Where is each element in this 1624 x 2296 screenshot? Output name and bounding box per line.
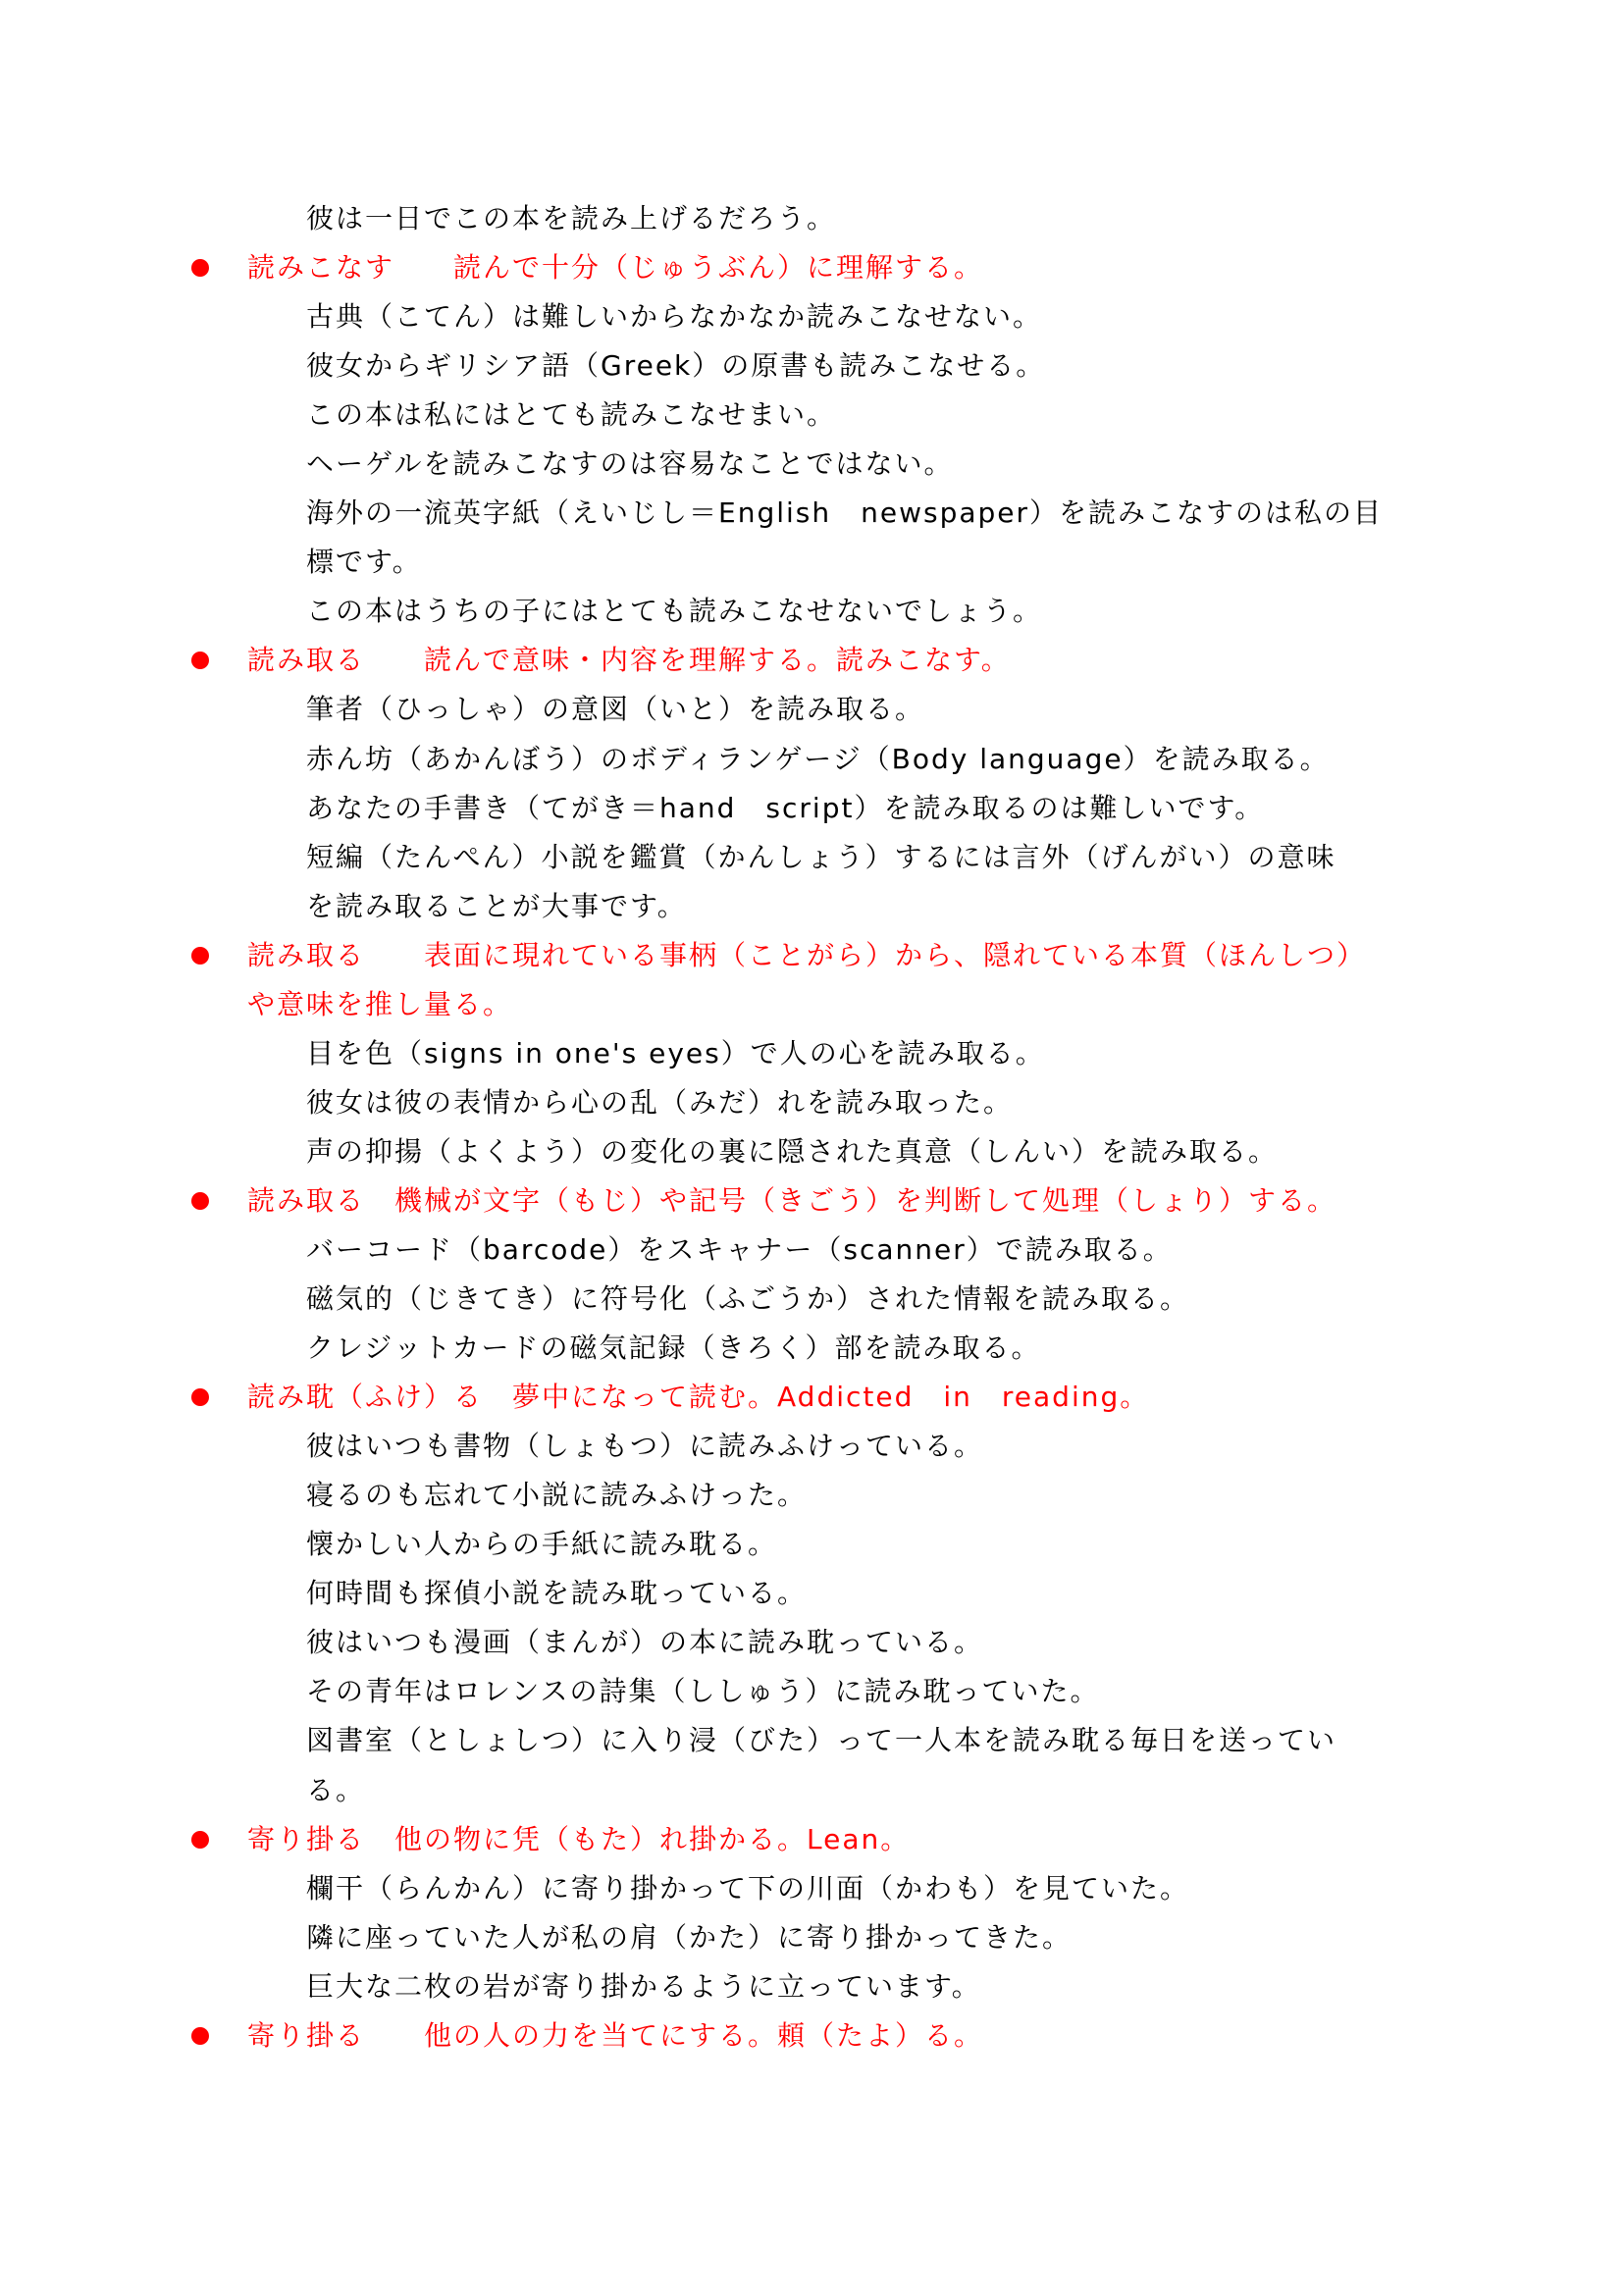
example-sentence: 磁気的（じきてき）に符号化（ふごうか）された情報を読み取る。 (0, 1275, 1624, 1324)
example-sentence: この本は私にはとても読みこなせまい。 (0, 391, 1624, 440)
entry-heading-text: 寄り掛る 他の人の力を当てにする。頼（たよ）る。 (247, 2019, 983, 2052)
example-sentence: この本はうちの子にはとても読みこなせないでしょう。 (0, 587, 1624, 636)
example-sentence: 短編（たんぺん）小説を鑑賞（かんしょう）するには言外（げんがい）の意味 (0, 833, 1624, 882)
example-sentence: 彼はいつも書物（しょもつ）に読みふけっている。 (0, 1422, 1624, 1471)
example-sentence: ヘーゲルを読みこなすのは容易なことではない。 (0, 440, 1624, 489)
example-sentence: その青年はロレンスの詩集（ししゅう）に読み耽っていた。 (0, 1667, 1624, 1716)
example-sentence: 筆者（ひっしゃ）の意図（いと）を読み取る。 (0, 685, 1624, 734)
example-sentence: 何時間も探偵小説を読み耽っている。 (0, 1569, 1624, 1618)
example-sentence: 彼は一日でこの本を読み上げるだろう。 (0, 194, 1624, 243)
bullet-icon (191, 1831, 209, 1849)
example-sentence: 懐かしい人からの手紙に読み耽る。 (0, 1520, 1624, 1569)
example-sentence: 欄干（らんかん）に寄り掛かって下の川面（かわも）を見ていた。 (0, 1864, 1624, 1913)
example-sentence-continuation: 標です。 (0, 538, 1624, 587)
entry-heading: 読みこなす 読んで十分（じゅうぶん）に理解する。 (0, 243, 1624, 292)
bullet-icon (191, 259, 209, 277)
bullet-icon (191, 652, 209, 669)
bullet-icon (191, 1192, 209, 1210)
example-sentence: あなたの手書き（てがき＝hand script）を読み取るのは難しいです。 (0, 784, 1624, 833)
entry-heading: 読み取る 機械が文字（もじ）や記号（きごう）を判断して処理（しょり）する。 (0, 1176, 1624, 1226)
entry-heading-text: 読みこなす 読んで十分（じゅうぶん）に理解する。 (247, 251, 983, 284)
example-sentence: 隣に座っていた人が私の肩（かた）に寄り掛かってきた。 (0, 1913, 1624, 1962)
example-sentence: 彼女は彼の表情から心の乱（みだ）れを読み取った。 (0, 1078, 1624, 1127)
entry-heading-text: 読み取る 表面に現れている事柄（ことがら）から、隠れている本質（ほんしつ） (247, 939, 1366, 971)
example-sentence: 寝るのも忘れて小説に読みふけった。 (0, 1471, 1624, 1520)
example-sentence: クレジットカードの磁気記録（きろく）部を読み取る。 (0, 1324, 1624, 1373)
example-sentence-continuation: を読み取ることが大事です。 (0, 882, 1624, 931)
example-sentence: 声の抑揚（よくよう）の変化の裏に隠された真意（しんい）を読み取る。 (0, 1127, 1624, 1176)
entry-heading: 読み耽（ふけ）る 夢中になって読む。Addicted in reading。 (0, 1373, 1624, 1422)
entry-heading-text: 寄り掛る 他の物に凭（もた）れ掛かる。Lean。 (247, 1823, 910, 1855)
entry-heading: 寄り掛る 他の人の力を当てにする。頼（たよ）る。 (0, 2011, 1624, 2061)
bullet-icon (191, 1388, 209, 1406)
entry-heading-text: 読み耽（ふけ）る 夢中になって読む。Addicted in reading。 (247, 1381, 1149, 1413)
entry-heading-text: 読み取る 機械が文字（もじ）や記号（きごう）を判断して処理（しょり）する。 (247, 1184, 1336, 1217)
example-sentence-continuation: る。 (0, 1766, 1624, 1815)
entry-heading: 読み取る 表面に現れている事柄（ことがら）から、隠れている本質（ほんしつ） (0, 931, 1624, 980)
example-sentence: 古典（こてん）は難しいからなかなか読みこなせない。 (0, 292, 1624, 341)
example-sentence: バーコード（barcode）をスキャナー（scanner）で読み取る。 (0, 1226, 1624, 1275)
example-sentence: 彼はいつも漫画（まんが）の本に読み耽っている。 (0, 1618, 1624, 1667)
entry-heading-continuation: や意味を推し量る。 (0, 980, 1624, 1029)
entry-heading-text: 読み取る 読んで意味・内容を理解する。読みこなす。 (247, 644, 1011, 676)
example-sentence: 赤ん坊（あかんぼう）のボディランゲージ（Body language）を読み取る。 (0, 735, 1624, 784)
entry-heading: 読み取る 読んで意味・内容を理解する。読みこなす。 (0, 636, 1624, 685)
bullet-icon (191, 947, 209, 965)
example-sentence: 巨大な二枚の岩が寄り掛かるように立っています。 (0, 1962, 1624, 2011)
entry-heading: 寄り掛る 他の物に凭（もた）れ掛かる。Lean。 (0, 1815, 1624, 1864)
example-sentence: 図書室（としょしつ）に入り浸（びた）って一人本を読み耽る毎日を送ってい (0, 1716, 1624, 1765)
example-sentence: 海外の一流英字紙（えいじし＝English newspaper）を読みこなすのは… (0, 489, 1624, 538)
document-page: 彼は一日でこの本を読み上げるだろう。 読みこなす 読んで十分（じゅうぶん）に理解… (0, 194, 1624, 2061)
bullet-icon (191, 2027, 209, 2045)
example-sentence: 彼女からギリシア語（Greek）の原書も読みこなせる。 (0, 341, 1624, 391)
example-sentence: 目を色（signs in one's eyes）で人の心を読み取る。 (0, 1029, 1624, 1078)
